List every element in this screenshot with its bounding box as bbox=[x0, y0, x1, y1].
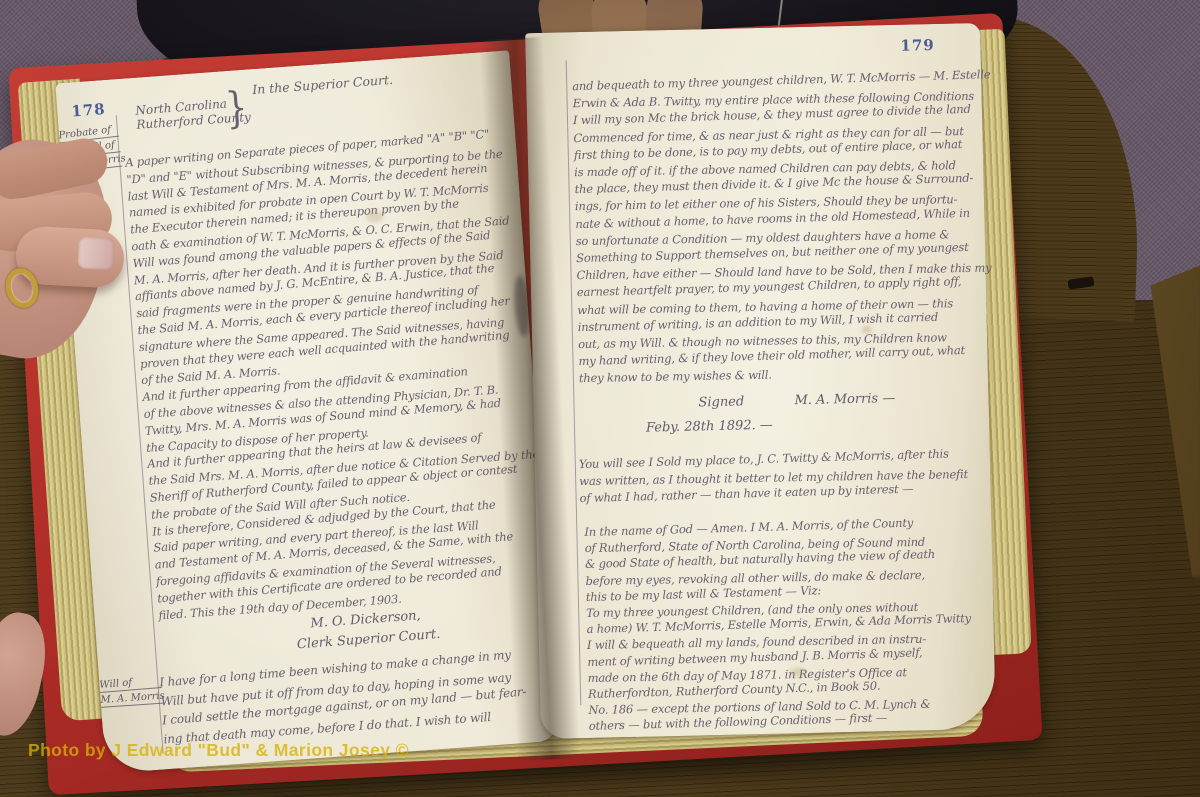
will-change-block: I have for a long time been wishing to m… bbox=[159, 647, 529, 750]
heading-brace: } bbox=[224, 83, 249, 134]
signed-row: Signed M. A. Morris — bbox=[698, 391, 895, 410]
page-number-right: 179 bbox=[900, 36, 935, 55]
probate-text-block: A paper writing on Separate pieces of pa… bbox=[125, 126, 550, 624]
ledger-photo-scene: 178 Probate ofThe Will ofM. A. Morris No… bbox=[0, 0, 1200, 797]
testament-block: In the name of God — Amen. I M. A. Morri… bbox=[584, 515, 973, 734]
will-date: Feby. 28th 1892. — bbox=[646, 418, 773, 436]
page-number-left: 178 bbox=[71, 100, 107, 120]
page-178: 178 Probate ofThe Will ofM. A. Morris No… bbox=[55, 50, 559, 773]
signed-label: Signed bbox=[698, 394, 744, 410]
will-text-block: and bequeath to my three youngest childr… bbox=[572, 69, 997, 388]
margin-note-will: Will ofM. A. Morris bbox=[99, 675, 163, 709]
handwritten-line: Will of bbox=[99, 675, 162, 693]
photo-credit-watermark: Photo by J Edward "Bud" & Marion Josey © bbox=[28, 740, 409, 761]
thumbnail bbox=[77, 236, 115, 270]
testator-signature: M. A. Morris — bbox=[794, 391, 895, 408]
page-179: 179 and bequeath to my three youngest ch… bbox=[525, 23, 996, 739]
heading-court: In the Superior Court. bbox=[252, 72, 394, 97]
handwritten-line: M. A. Morris bbox=[100, 691, 163, 708]
codicil-block: You will see I Sold my place to, J. C. T… bbox=[579, 447, 969, 507]
